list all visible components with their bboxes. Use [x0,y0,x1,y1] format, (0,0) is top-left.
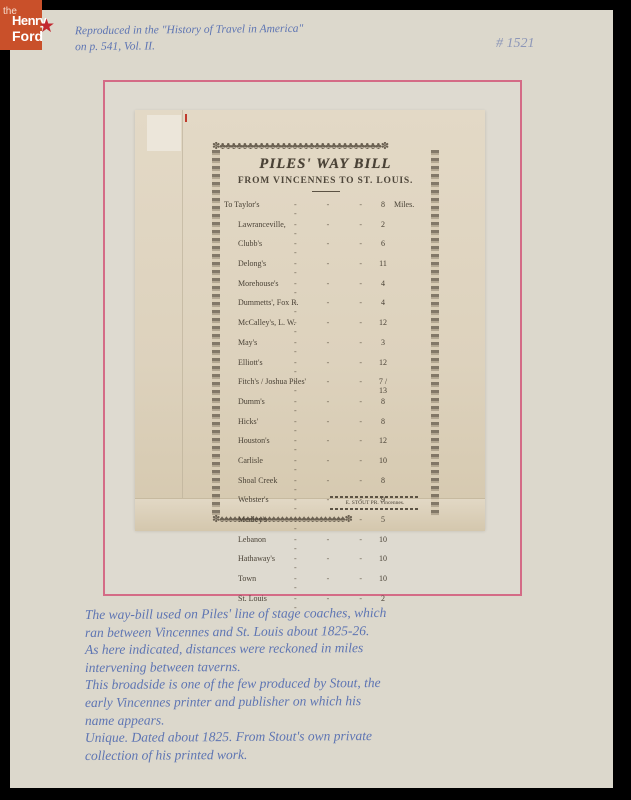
list-item: McCalley's, L. W.- - - -12 [224,316,427,336]
ornament-border-top: ✽♣♣♣♣♣♣♣♣♣♣♣♣♣♣♣♣♣♣♣♣♣♣♣♣♣♣♣♣♣✽ [212,142,439,152]
list-item: Town- - - -10 [224,572,427,592]
leader-dots: - - - - [294,259,384,277]
stop-name: St. Louis [238,594,267,603]
stop-miles: 5 [374,515,392,524]
list-item: Delong's- - - -11 [224,257,427,277]
stop-miles: 2 [374,594,392,603]
leader-dots: - - - - [294,476,384,494]
stop-name: Hicks' [238,417,258,426]
stop-name: Webster's [238,495,269,504]
list-item: Morehouse's- - - -4 [224,277,427,297]
reproduction-note-line1: Reproduced in the "History of Travel in … [75,21,304,39]
list-item: Medley's- - - -5 [224,513,427,533]
stop-name: Medley's [238,515,267,524]
stop-miles: 12 [374,318,392,327]
leader-dots: - - - - [294,318,384,336]
waybill-print: ✽♣♣♣♣♣♣♣♣♣♣♣♣♣♣♣♣♣♣♣♣♣♣♣♣♣♣♣♣♣✽ ✽♠♠♠♠♠♠♠… [212,142,439,525]
list-item: Lebanon- - - -10 [224,533,427,553]
stop-miles: 12 [374,358,392,367]
paper-tab [147,115,181,151]
stop-miles: 11 [374,259,392,268]
note-line: Unique. Dated about 1825. From Stout's o… [85,727,386,747]
fold-line [182,110,183,530]
list-item: Carlisle- - - -10 [224,454,427,474]
list-item: Fitch's / Joshua Piles'- - - -7 / 13 [224,375,427,395]
list-item: Hathaway's- - - -10 [224,552,427,572]
stop-miles: 8 [374,417,392,426]
stop-miles: 10 [374,535,392,544]
stops-list: To Taylor's- - - -8Miles.Lawranceville,-… [224,198,427,611]
stop-miles: 12 [374,436,392,445]
stop-miles: 10 [374,554,392,563]
printer-imprint: E. STOUT PR. Vincennes. [330,494,420,512]
leader-dots: - - - - [294,298,384,316]
list-item: Elliott's- - - -12 [224,356,427,376]
stop-name: Lebanon [238,535,266,544]
stop-name: May's [238,338,257,347]
note-line: As here indicated, distances were reckon… [85,639,386,659]
stop-miles: 4 [374,279,392,288]
leader-dots: - - - - [294,279,384,297]
stop-name: Hathaway's [238,554,275,563]
ornament-border-right [431,150,439,516]
leader-dots: - - - - [294,338,384,356]
stop-name: McCalley's, L. W. [238,318,296,327]
waybill-title: PILES' WAY BILL [224,156,427,173]
stop-name: Carlisle [238,456,263,465]
note-line: The way-bill used on Piles' line of stag… [85,604,386,624]
reproduction-note: Reproduced in the "History of Travel in … [75,21,304,55]
list-item: Dumm's- - - -8 [224,395,427,415]
list-item: Lawranceville,- - - -2 [224,218,427,238]
list-item: May's- - - -3 [224,336,427,356]
stop-miles: 4 [374,298,392,307]
stop-miles: 8 [374,397,392,406]
stop-name: Lawranceville, [238,220,286,229]
list-item: Clubb's- - - -6 [224,237,427,257]
stop-miles: 2 [374,220,392,229]
leader-dots: - - - - [294,515,384,533]
list-item: To Taylor's- - - -8Miles. [224,198,427,218]
stop-name: Morehouse's [238,279,279,288]
stop-name: Dumm's [238,397,265,406]
red-mark [185,114,187,122]
leader-dots: - - - - [294,358,384,376]
note-line: This broadside is one of the few produce… [85,674,386,694]
leader-dots: - - - - [294,436,384,454]
imprint-rule-bottom [330,508,420,510]
leader-dots: - - - - [294,574,384,592]
leader-dots: - - - - [294,535,384,553]
list-item: Hicks'- - - -8 [224,415,427,435]
leader-dots: - - - - [294,200,384,218]
stop-miles: 10 [374,456,392,465]
imprint-text: E. STOUT PR. Vincennes. [330,500,420,506]
stop-name: To Taylor's [224,200,260,209]
list-item: Houston's- - - -12 [224,434,427,454]
list-item: Shoal Creek- - - -8 [224,474,427,494]
stop-name: Houston's [238,436,270,445]
leader-dots: - - - - [294,377,384,395]
stop-name: Delong's [238,259,266,268]
ornament-border-left [212,150,220,516]
star-icon: ★ [38,17,55,36]
stop-miles: 10 [374,574,392,583]
note-line: name appears. [85,710,386,730]
waybill-subtitle: FROM VINCENNES TO ST. LOUIS. [224,176,427,186]
stop-name: Elliott's [238,358,263,367]
stop-miles: 8 [374,200,392,209]
reproduction-note-line2: on p. 541, Vol. II. [75,37,304,55]
list-item: Dummetts', Fox R.- - - -4 [224,296,427,316]
stop-miles: 7 / 13 [374,377,392,395]
leader-dots: - - - - [294,554,384,572]
handwritten-notes: The way-bill used on Piles' line of stag… [85,605,386,763]
stop-name: Town [238,574,256,583]
henry-ford-logo[interactable]: the Henry Ford ★ [0,0,42,50]
leader-dots: - - - - [294,239,384,257]
stop-name: Shoal Creek [238,476,277,485]
stop-name: Clubb's [238,239,262,248]
leader-dots: - - - - [294,220,384,238]
leader-dots: - - - - [294,397,384,415]
title-rule [312,191,340,192]
stop-miles: 8 [374,476,392,485]
note-line: early Vincennes printer and publisher on… [85,692,386,712]
stop-name: Dummetts', Fox R. [238,298,299,307]
miles-unit: Miles. [394,200,414,209]
leader-dots: - - - - [294,456,384,474]
stop-miles: 6 [374,239,392,248]
note-line: collection of his printed work. [85,745,386,765]
accession-number: # 1521 [496,36,535,52]
leader-dots: - - - - [294,417,384,435]
stop-miles: 3 [374,338,392,347]
imprint-rule-top [330,496,420,498]
